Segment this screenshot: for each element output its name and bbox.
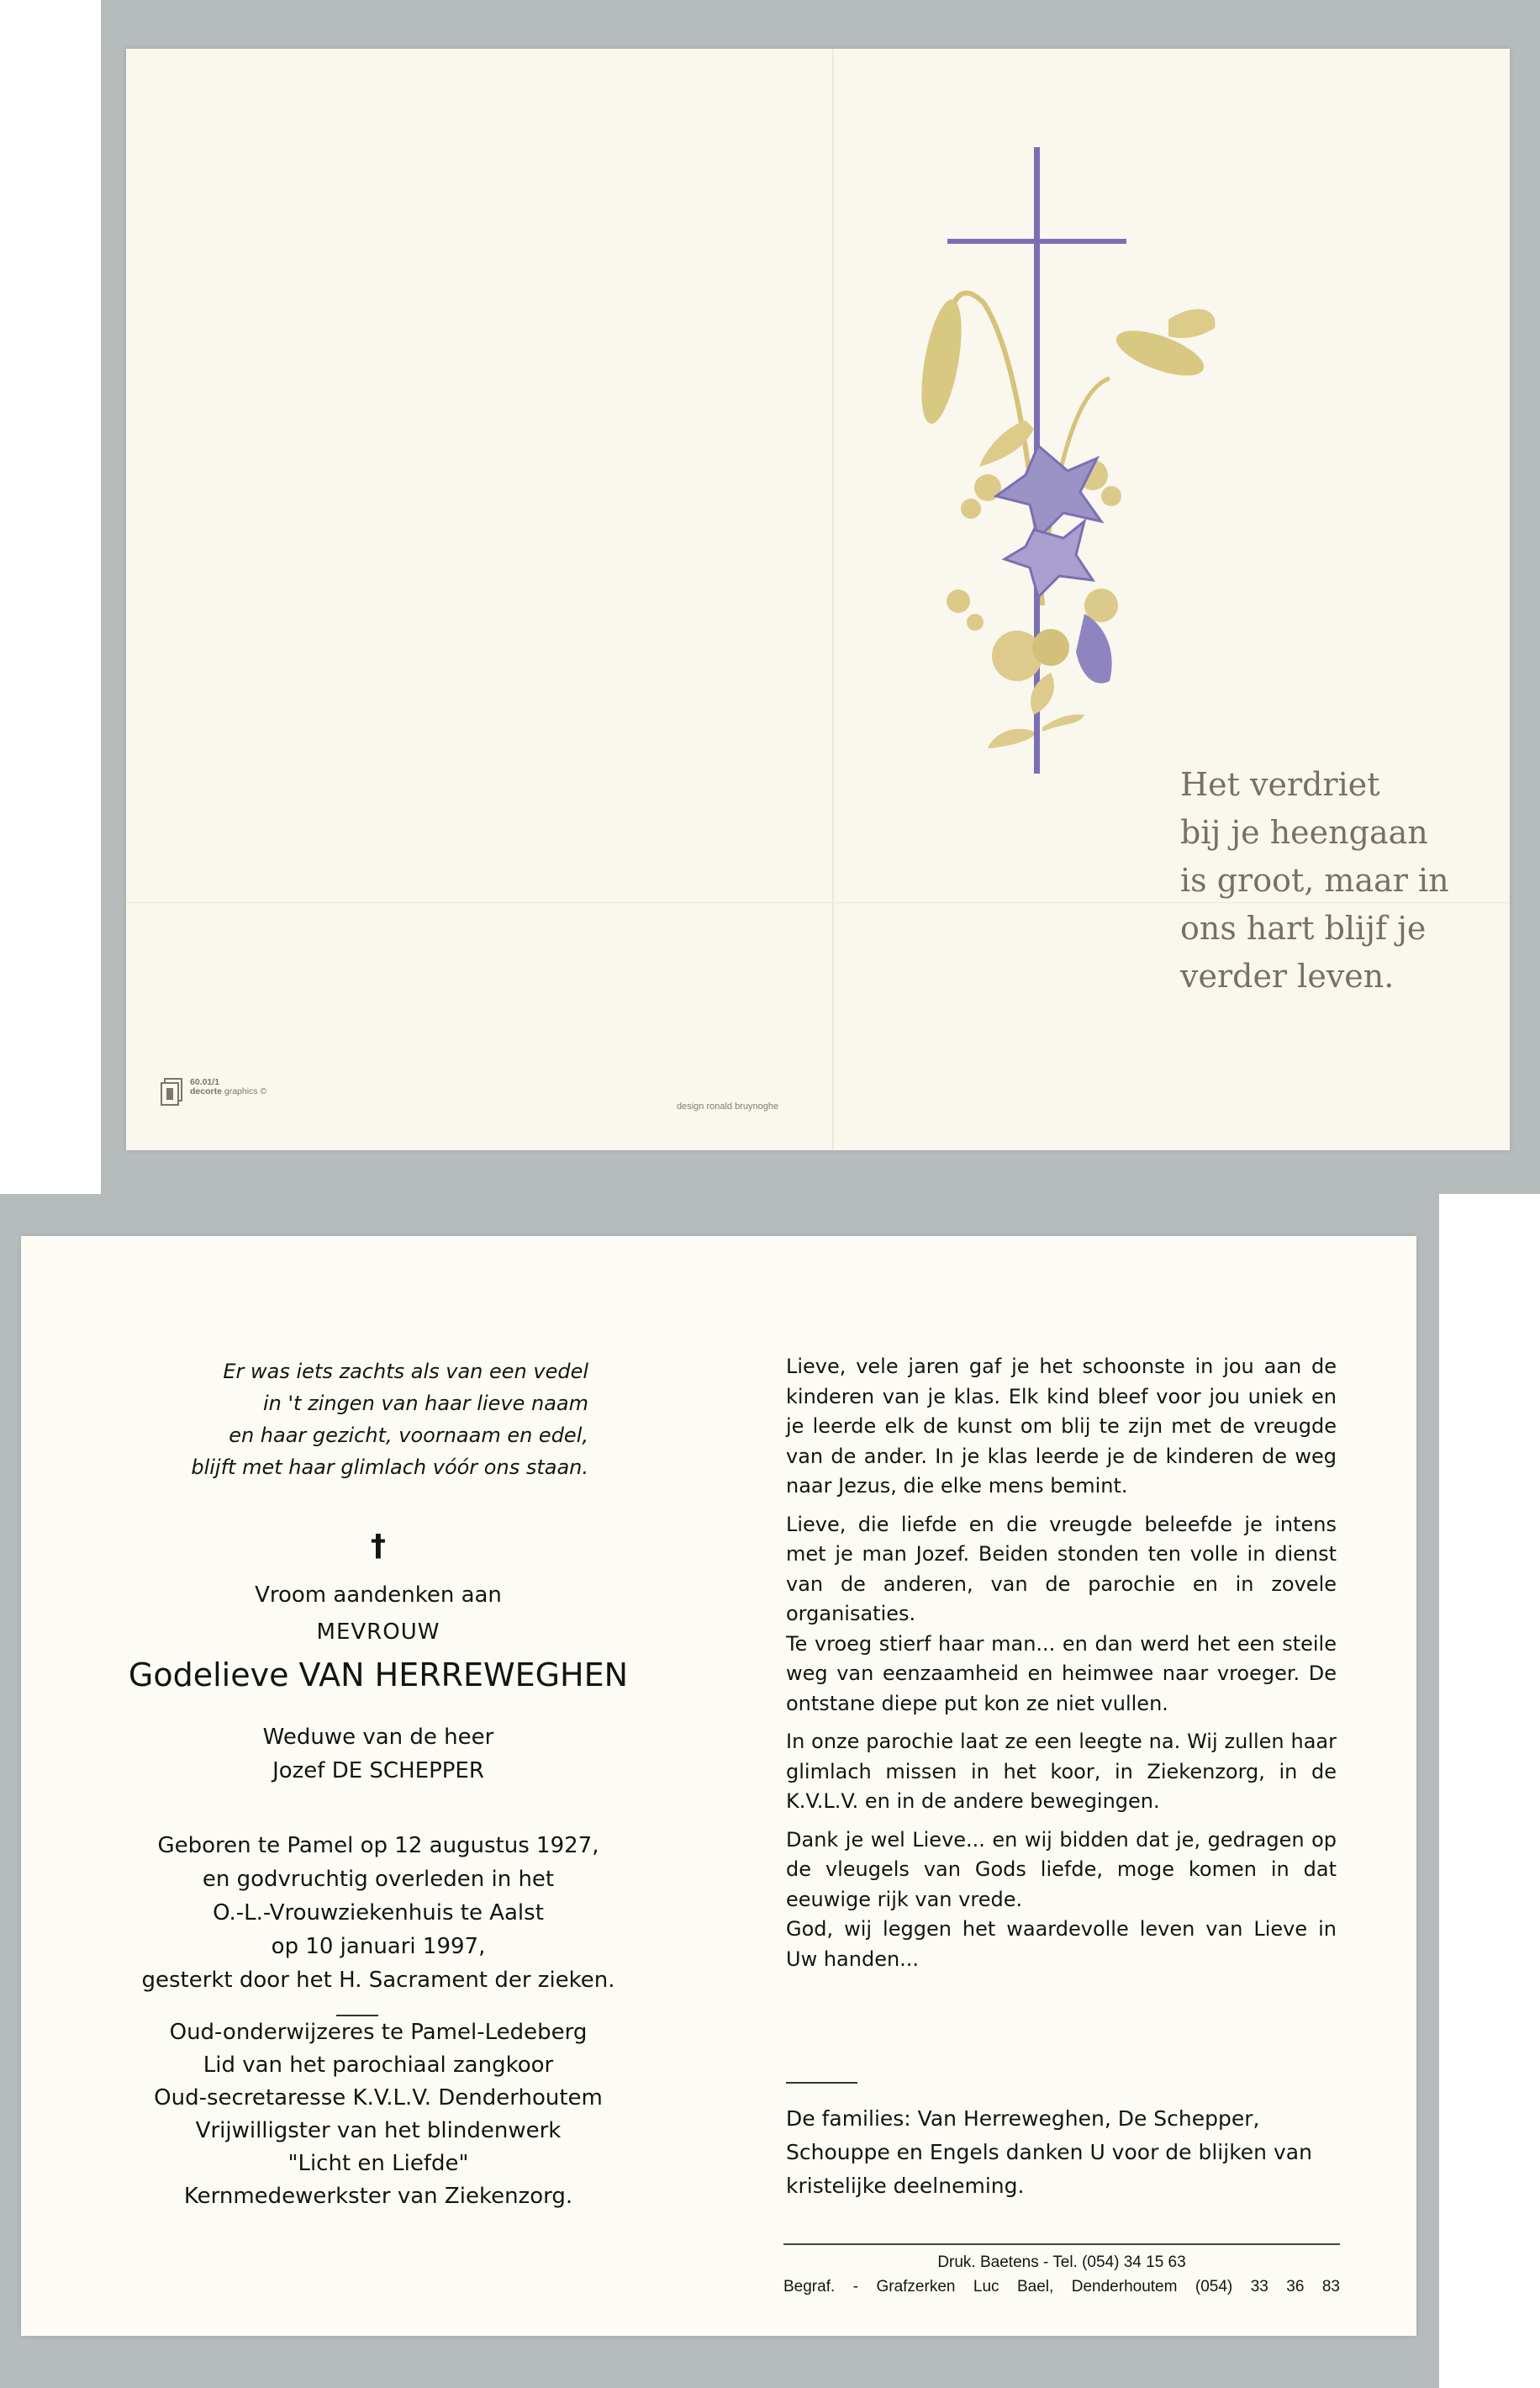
- life-line: en godvruchtig overleden in het: [92, 1862, 664, 1896]
- card-fold: [832, 49, 834, 1150]
- role-line: Kernmedewerkster van Ziekenzorg.: [92, 2180, 664, 2213]
- front-poem: Het verdriet bij je heengaan is groot, m…: [1180, 761, 1449, 1001]
- deceased-name: Godelieve VAN HERREWEGHEN: [80, 1656, 677, 1693]
- poem-line: is groot, maar in: [1180, 857, 1449, 905]
- printer-footer: Druk. Baetens - Tel. (054) 34 15 63 Begr…: [783, 2250, 1340, 2299]
- poem-line: ons hart blijf je: [1180, 905, 1449, 953]
- life-line: Geboren te Pamel op 12 augustus 1927,: [92, 1829, 664, 1862]
- widow-line: Weduwe van de heer: [92, 1720, 664, 1754]
- role-line: Vrijwilligster van het blindenwerk: [92, 2115, 664, 2148]
- poem-line: verder leven.: [1180, 953, 1449, 1001]
- role-line: Oud-onderwijzeres te Pamel-Ledeberg: [92, 2016, 664, 2049]
- divider: [786, 2082, 857, 2084]
- role-line: "Licht en Liefde": [92, 2148, 664, 2180]
- printer-credit: Druk. Baetens - Tel. (054) 34 15 63: [783, 2250, 1340, 2274]
- tribute-paragraph: Dank je wel Lieve... en wij bidden dat j…: [786, 1825, 1337, 1915]
- tribute-paragraph: Lieve, die liefde en die vreugde beleefd…: [786, 1510, 1337, 1630]
- footer-divider: [783, 2243, 1340, 2245]
- role-line: Oud-secretaresse K.V.L.V. Denderhoutem: [92, 2082, 664, 2115]
- tribute-text: Lieve, vele jaren gaf je het schoonste i…: [786, 1352, 1337, 1983]
- publisher-logo-icon: [160, 1078, 185, 1107]
- poem-line: bij je heengaan: [1180, 809, 1449, 857]
- poem-line: Het verdriet: [1180, 761, 1449, 809]
- publisher-name-suffix: graphics ©: [222, 1086, 266, 1096]
- publisher-mark: 60.01/1 decorte graphics ©: [160, 1078, 266, 1107]
- cross-with-flowers-icon: [891, 135, 1227, 790]
- life-line: O.-L.-Vrouwziekenhuis te Aalst: [92, 1896, 664, 1930]
- role-line: Lid van het parochiaal zangkoor: [92, 2049, 664, 2082]
- designer-credit: design ronald bruynoghe: [677, 1102, 778, 1112]
- families-thanks: De families: Van Herreweghen, De Scheppe…: [786, 2102, 1337, 2203]
- tribute-paragraph: God, wij leggen het waardevolle leven va…: [786, 1915, 1337, 1974]
- roles-list: Oud-onderwijzeres te Pamel-Ledeberg Lid …: [92, 2016, 664, 2213]
- verse-line: en haar gezicht, voornaam en edel,: [84, 1419, 588, 1451]
- publisher-name: decorte: [190, 1086, 222, 1096]
- memorial-intro: Vroom aandenken aan: [92, 1582, 664, 1608]
- verse-line: blijft met haar glimlach vóór ons staan.: [84, 1451, 588, 1483]
- tribute-paragraph: Lieve, vele jaren gaf je het schoonste i…: [786, 1352, 1337, 1502]
- cross-icon: †: [92, 1529, 664, 1563]
- spouse-block: Weduwe van de heer Jozef DE SCHEPPER: [92, 1720, 664, 1788]
- memorial-verse: Er was iets zachts als van een vedel in …: [84, 1355, 588, 1483]
- verse-line: Er was iets zachts als van een vedel: [84, 1355, 588, 1387]
- life-line: op 10 januari 1997,: [92, 1930, 664, 1963]
- tribute-paragraph: In onze parochie laat ze een leegte na. …: [786, 1727, 1337, 1817]
- verse-line: in 't zingen van haar lieve naam: [84, 1387, 588, 1419]
- undertaker-credit: Begraf. - Grafzerken Luc Bael, Denderhou…: [783, 2274, 1340, 2299]
- spouse-name: Jozef DE SCHEPPER: [92, 1754, 664, 1788]
- life-details: Geboren te Pamel op 12 augustus 1927, en…: [92, 1829, 664, 1997]
- deceased-title: MEVROUW: [92, 1619, 664, 1645]
- life-line: gesterkt door het H. Sacrament der zieke…: [92, 1963, 664, 1997]
- tribute-paragraph: Te vroeg stierf haar man... en dan werd …: [786, 1630, 1337, 1720]
